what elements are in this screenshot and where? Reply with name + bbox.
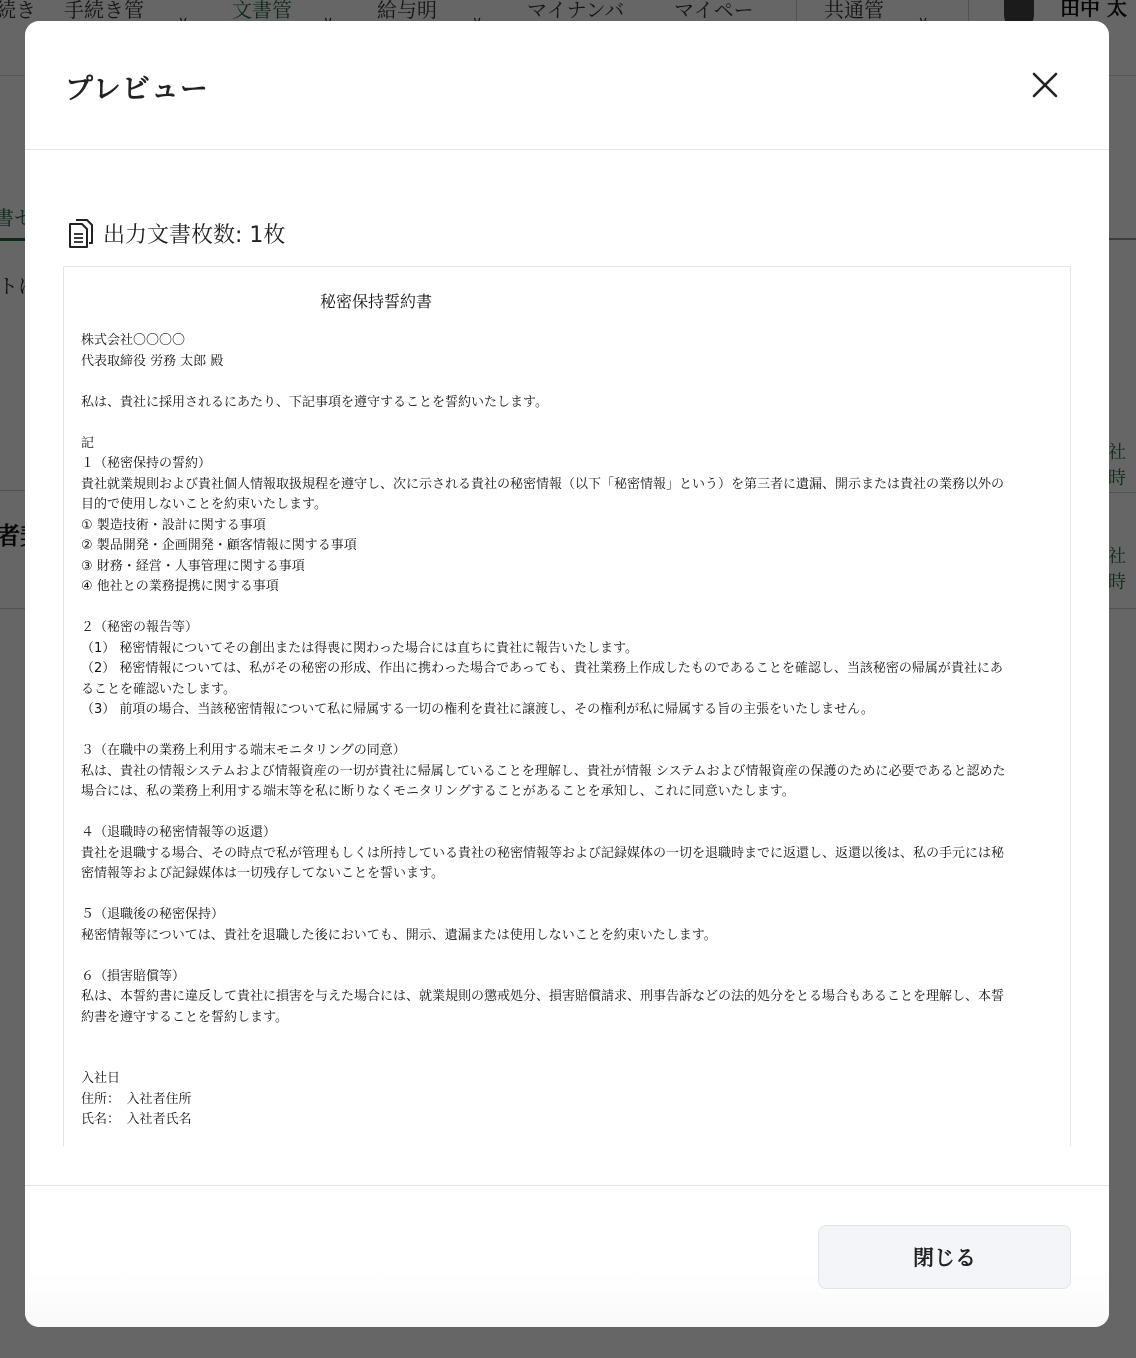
document-line xyxy=(81,721,1056,742)
document-line: ５（退職後の秘密保持） xyxy=(81,905,1056,926)
document-line xyxy=(81,372,1056,393)
document-line: 貴社を退職する場合、その時点で私が管理もしくは所持している貴社の秘密情報等および… xyxy=(81,844,1056,865)
documents-icon xyxy=(67,217,95,249)
output-count-label: 出力文書枚数: 1枚 xyxy=(103,218,285,249)
document-line: 株式会社〇〇〇〇 xyxy=(81,331,1056,352)
modal-title: プレビュー xyxy=(65,67,209,107)
preview-modal: プレビュー 出力文書枚数: 1枚 秘密保持誓約書 株式会社〇〇〇〇代表取締役 労… xyxy=(25,21,1109,1327)
document-line: ２（秘密の報告等） xyxy=(81,618,1056,639)
document-line: （2） 秘密情報については、私がその秘密の形成、作出に携わった場合であっても、貴… xyxy=(81,659,1056,680)
document-line: 住所： 入社者住所 xyxy=(81,1090,1056,1111)
close-button[interactable] xyxy=(1029,69,1061,101)
document-line: 記 xyxy=(81,434,1056,455)
document-body: 株式会社〇〇〇〇代表取締役 労務 太郎 殿私は、貴社に採用されるにあたり、下記事… xyxy=(81,331,1056,1131)
document-line xyxy=(81,1049,1056,1070)
modal-header: プレビュー xyxy=(25,21,1109,150)
document-line: 入社日 xyxy=(81,1069,1056,1090)
document-line: 貴社就業規則および貴社個人情報取扱規程を遵守し、次に示される貴社の秘密情報（以下… xyxy=(81,475,1056,496)
document-line: ３（在職中の業務上利用する端末モニタリングの同意） xyxy=(81,741,1056,762)
document-line: （1） 秘密情報についてその創出または得喪に関わった場合には直ちに貴社に報告いた… xyxy=(81,639,1056,660)
document-line xyxy=(81,1028,1056,1049)
document-line: ② 製品開発・企画開発・顧客情報に関する事項 xyxy=(81,536,1056,557)
document-line: 私は、貴社に採用されるにあたり、下記事項を遵守することを誓約いたします。 xyxy=(81,393,1056,414)
document-line xyxy=(81,946,1056,967)
document-line: （3） 前項の場合、当該秘密情報について私に帰属する一切の権利を貴社に譲渡し、そ… xyxy=(81,700,1056,721)
document-preview[interactable]: 秘密保持誓約書 株式会社〇〇〇〇代表取締役 労務 太郎 殿私は、貴社に採用される… xyxy=(63,266,1071,1146)
document-line: ることを確認いたします。 xyxy=(81,680,1056,701)
output-count: 出力文書枚数: 1枚 xyxy=(67,217,285,249)
document-line: 密情報等および記録媒体は一切残存してないことを誓います。 xyxy=(81,864,1056,885)
document-line: ６（損害賠償等） xyxy=(81,967,1056,988)
document-line: 秘密情報等については、貴社を退職した後においても、開示、遺漏または使用しないこと… xyxy=(81,926,1056,947)
document-line: ③ 財務・経営・人事管理に関する事項 xyxy=(81,557,1056,578)
document-line: ① 製造技術・設計に関する事項 xyxy=(81,516,1056,537)
close-icon xyxy=(1029,69,1061,101)
document-line xyxy=(81,598,1056,619)
document-line: １（秘密保持の誓約） xyxy=(81,454,1056,475)
document-line: 約書を遵守することを誓約します。 xyxy=(81,1008,1056,1029)
document-line: 目的で使用しないことを約束いたします。 xyxy=(81,495,1056,516)
document-line: 私は、貴社の情報システムおよび情報資産の一切が貴社に帰属していることを理解し、貴… xyxy=(81,762,1056,783)
document-line: ④ 他社との業務提携に関する事項 xyxy=(81,577,1056,598)
document-line: 氏名： 入社者氏名 xyxy=(81,1110,1056,1131)
document-line xyxy=(81,885,1056,906)
document-line xyxy=(81,413,1056,434)
document-line: ４（退職時の秘密情報等の返還） xyxy=(81,823,1056,844)
document-line: 私は、本誓約書に違反して貴社に損害を与えた場合には、就業規則の懲戒処分、損害賠償… xyxy=(81,987,1056,1008)
close-footer-button[interactable]: 閉じる xyxy=(818,1225,1071,1289)
modal-footer: 閉じる xyxy=(25,1185,1109,1327)
document-title: 秘密保持誓約書 xyxy=(64,289,688,312)
document-line xyxy=(81,803,1056,824)
document-line: 場合には、私の業務上利用する端末等を私に断りなくモニタリングすることがあることを… xyxy=(81,782,1056,803)
document-line: 代表取締役 労務 太郎 殿 xyxy=(81,352,1056,373)
